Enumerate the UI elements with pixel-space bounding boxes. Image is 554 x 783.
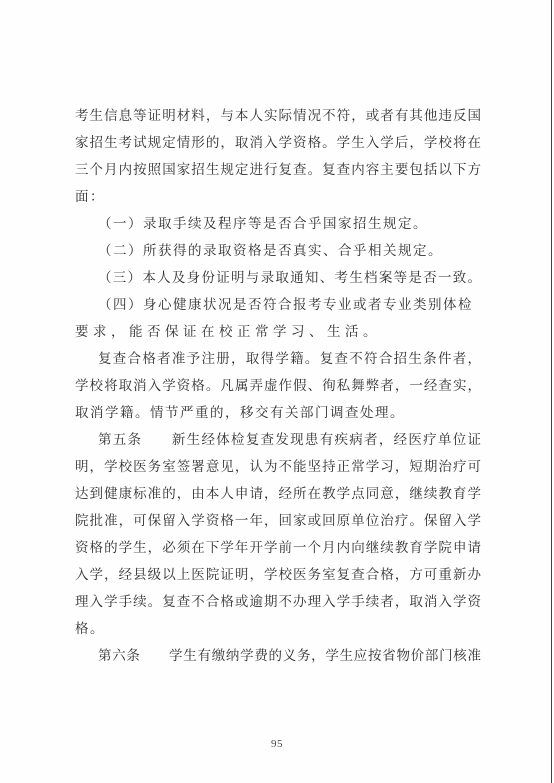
text-line: （三）本人及身份证明与录取通知、考生档案等是否一致。: [75, 264, 481, 291]
text-line: 达到健康标准的，由本人申请，经所在教学点同意，继续教育学: [75, 480, 481, 507]
text-line: （二）所获得的录取资格是否真实、合乎相关规定。: [75, 237, 481, 264]
text-line: （一）录取手续及程序等是否合乎国家招生规定。: [75, 210, 481, 237]
text-line: 取消学籍。情节严重的，移交有关部门调查处理。: [75, 399, 481, 426]
page-number: 95: [0, 738, 554, 750]
text-line: 资格的学生，必须在下学年开学前一个月内向继续教育学院申请: [75, 534, 481, 561]
text-block: 考生信息等证明材料，与本人实际情况不符，或者有其他违反国家招生考试规定情形的，取…: [75, 102, 481, 669]
text-line: 格。: [75, 615, 481, 642]
text-line: 家招生考试规定情形的，取消入学资格。学生入学后，学校将在: [75, 129, 481, 156]
text-line: 院批准，可保留入学资格一年，回家或回原单位治疗。保留入学: [75, 507, 481, 534]
document-page: 考生信息等证明材料，与本人实际情况不符，或者有其他违反国家招生考试规定情形的，取…: [0, 0, 554, 783]
text-line: 第五条 新生经体检复查发现患有疾病者，经医疗单位证: [75, 426, 481, 453]
text-line: 三个月内按照国家招生规定进行复查。复查内容主要包括以下方: [75, 156, 481, 183]
text-line: 入学，经县级以上医院证明，学校医务室复查合格，方可重新办: [75, 561, 481, 588]
scan-edge-line: [551, 0, 552, 783]
text-line: （四）身心健康状况是否符合报考专业或者专业类别体检: [75, 291, 481, 318]
text-line: 学校将取消入学资格。凡属弄虚作假、徇私舞弊者，一经查实，: [75, 372, 481, 399]
text-line: 理入学手续。复查不合格或逾期不办理入学手续者，取消入学资: [75, 588, 481, 615]
text-line: 复查合格者准予注册，取得学籍。复查不符合招生条件者，: [75, 345, 481, 372]
text-line: 考生信息等证明材料，与本人实际情况不符，或者有其他违反国: [75, 102, 481, 129]
text-line: 明，学校医务室签署意见，认为不能坚持正常学习，短期治疗可: [75, 453, 481, 480]
text-line: 要求，能否保证在校正常学习、生活。: [75, 318, 481, 345]
text-line: 面：: [75, 183, 481, 210]
text-line: 第六条 学生有缴纳学费的义务，学生应按省物价部门核准: [75, 642, 481, 669]
